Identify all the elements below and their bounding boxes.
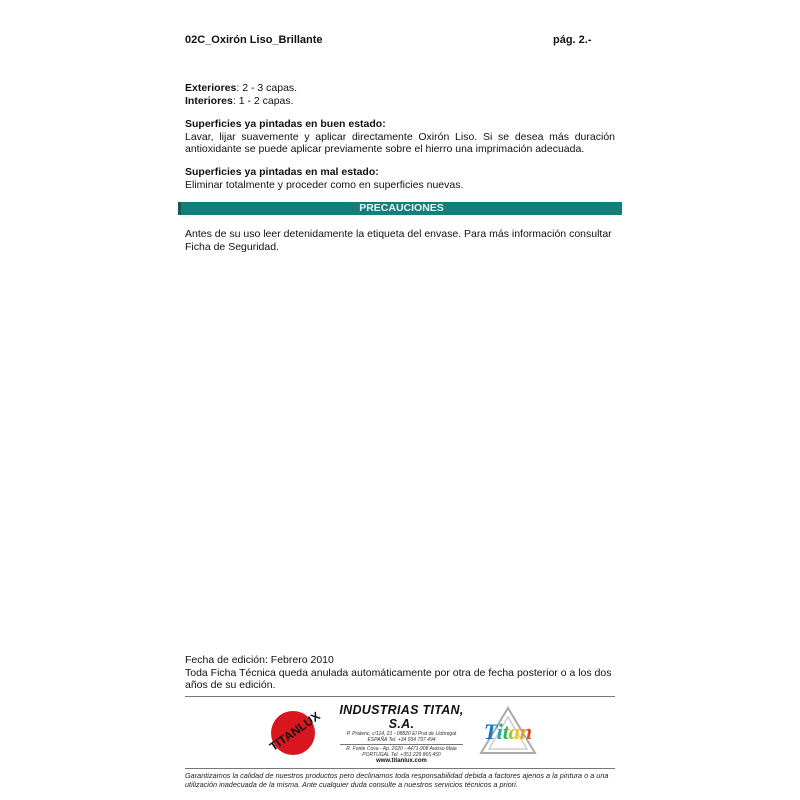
coats-block: Exteriores: 2 - 3 capas. Interiores: 1 -… xyxy=(185,82,615,107)
disclaimer-text: Garantizamos la calidad de nuestros prod… xyxy=(185,771,620,789)
page-number: pág. 2.- xyxy=(553,34,592,46)
website-link[interactable]: www.titanlux.com xyxy=(334,758,469,764)
precautions-body: Antes de su uso leer detenidamente la et… xyxy=(185,228,617,253)
document-title: 02C_Oxirón Liso_Brillante xyxy=(185,34,323,46)
section-bad-condition: Superficies ya pintadas en mal estado: E… xyxy=(185,166,615,191)
section-body: Lavar, lijar suavemente y aplicar direct… xyxy=(185,131,615,156)
disclaimer-divider xyxy=(185,768,615,769)
edition-block: Fecha de edición: Febrero 2010 Toda Fich… xyxy=(185,654,617,692)
company-info: INDUSTRIAS TITAN, S.A. P. Pratenc, c/114… xyxy=(334,703,469,764)
exterior-coats: Exteriores: 2 - 3 capas. xyxy=(185,82,615,95)
precautions-header-bar: PRECAUCIONES xyxy=(178,202,622,215)
company-name: INDUSTRIAS TITAN, S.A. xyxy=(334,703,469,731)
address-spain-2: ESPAÑA Tel. +34 934 797 494 xyxy=(334,737,469,743)
address-separator xyxy=(340,744,463,745)
edition-note: Toda Ficha Técnica queda anulada automát… xyxy=(185,667,617,692)
section-good-condition: Superficies ya pintadas en buen estado: … xyxy=(185,118,615,156)
section-body: Eliminar totalmente y proceder como en s… xyxy=(185,179,615,192)
edition-date: Fecha de edición: Febrero 2010 xyxy=(185,654,617,667)
section-heading: Superficies ya pintadas en buen estado: xyxy=(185,118,386,130)
section-heading: Superficies ya pintadas en mal estado: xyxy=(185,166,379,178)
footer-divider xyxy=(185,696,615,697)
svg-text:Titan: Titan xyxy=(484,719,532,744)
titan-logo: Titan xyxy=(475,705,541,757)
interior-coats: Interiores: 1 - 2 capas. xyxy=(185,95,615,108)
titanlux-logo: TITANLUX xyxy=(265,705,327,757)
